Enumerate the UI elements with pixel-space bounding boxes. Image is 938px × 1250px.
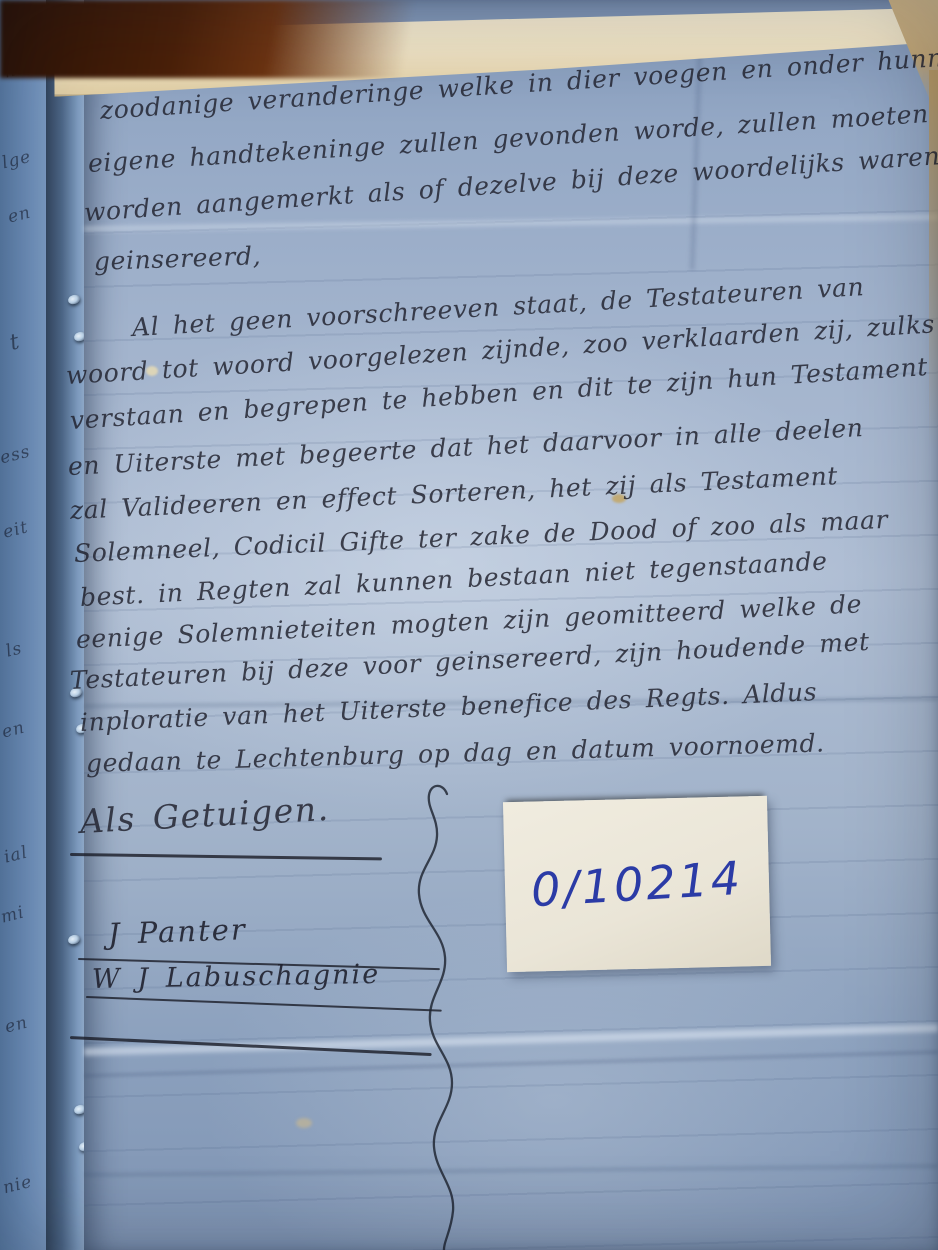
edge-text-fragment: en (3, 1013, 30, 1038)
stitch-hole (67, 933, 81, 945)
handwritten-line: geinsereerd, (93, 241, 261, 276)
facing-page-edge: nd lge en t ess eit ls en ial mi en nie (0, 0, 46, 1250)
signature: W J Labuschagnie (92, 959, 381, 995)
edge-text-fragment: mi (0, 902, 27, 927)
signature: J Panter (107, 912, 247, 951)
edge-text-fragment: t (7, 329, 23, 356)
edge-text-fragment: ess (0, 442, 32, 469)
edge-text-fragment: en (6, 203, 33, 228)
background-surface (0, 0, 520, 78)
archive-number: 0/10214 (530, 851, 745, 917)
edge-text-fragment: en (0, 718, 27, 743)
stitch-hole (67, 293, 81, 305)
edge-text-fragment: lge (0, 147, 33, 174)
edge-text-fragment: ial (2, 842, 30, 867)
page-right-edge (929, 70, 938, 450)
edge-text-fragment: eit (1, 517, 30, 543)
edge-text-fragment: ls (4, 638, 25, 661)
document-photo: nd lge en t ess eit ls en ial mi en nie … (0, 0, 938, 1250)
archive-label-card: 0/10214 (503, 796, 771, 972)
edge-text-fragment: nie (1, 1172, 34, 1199)
